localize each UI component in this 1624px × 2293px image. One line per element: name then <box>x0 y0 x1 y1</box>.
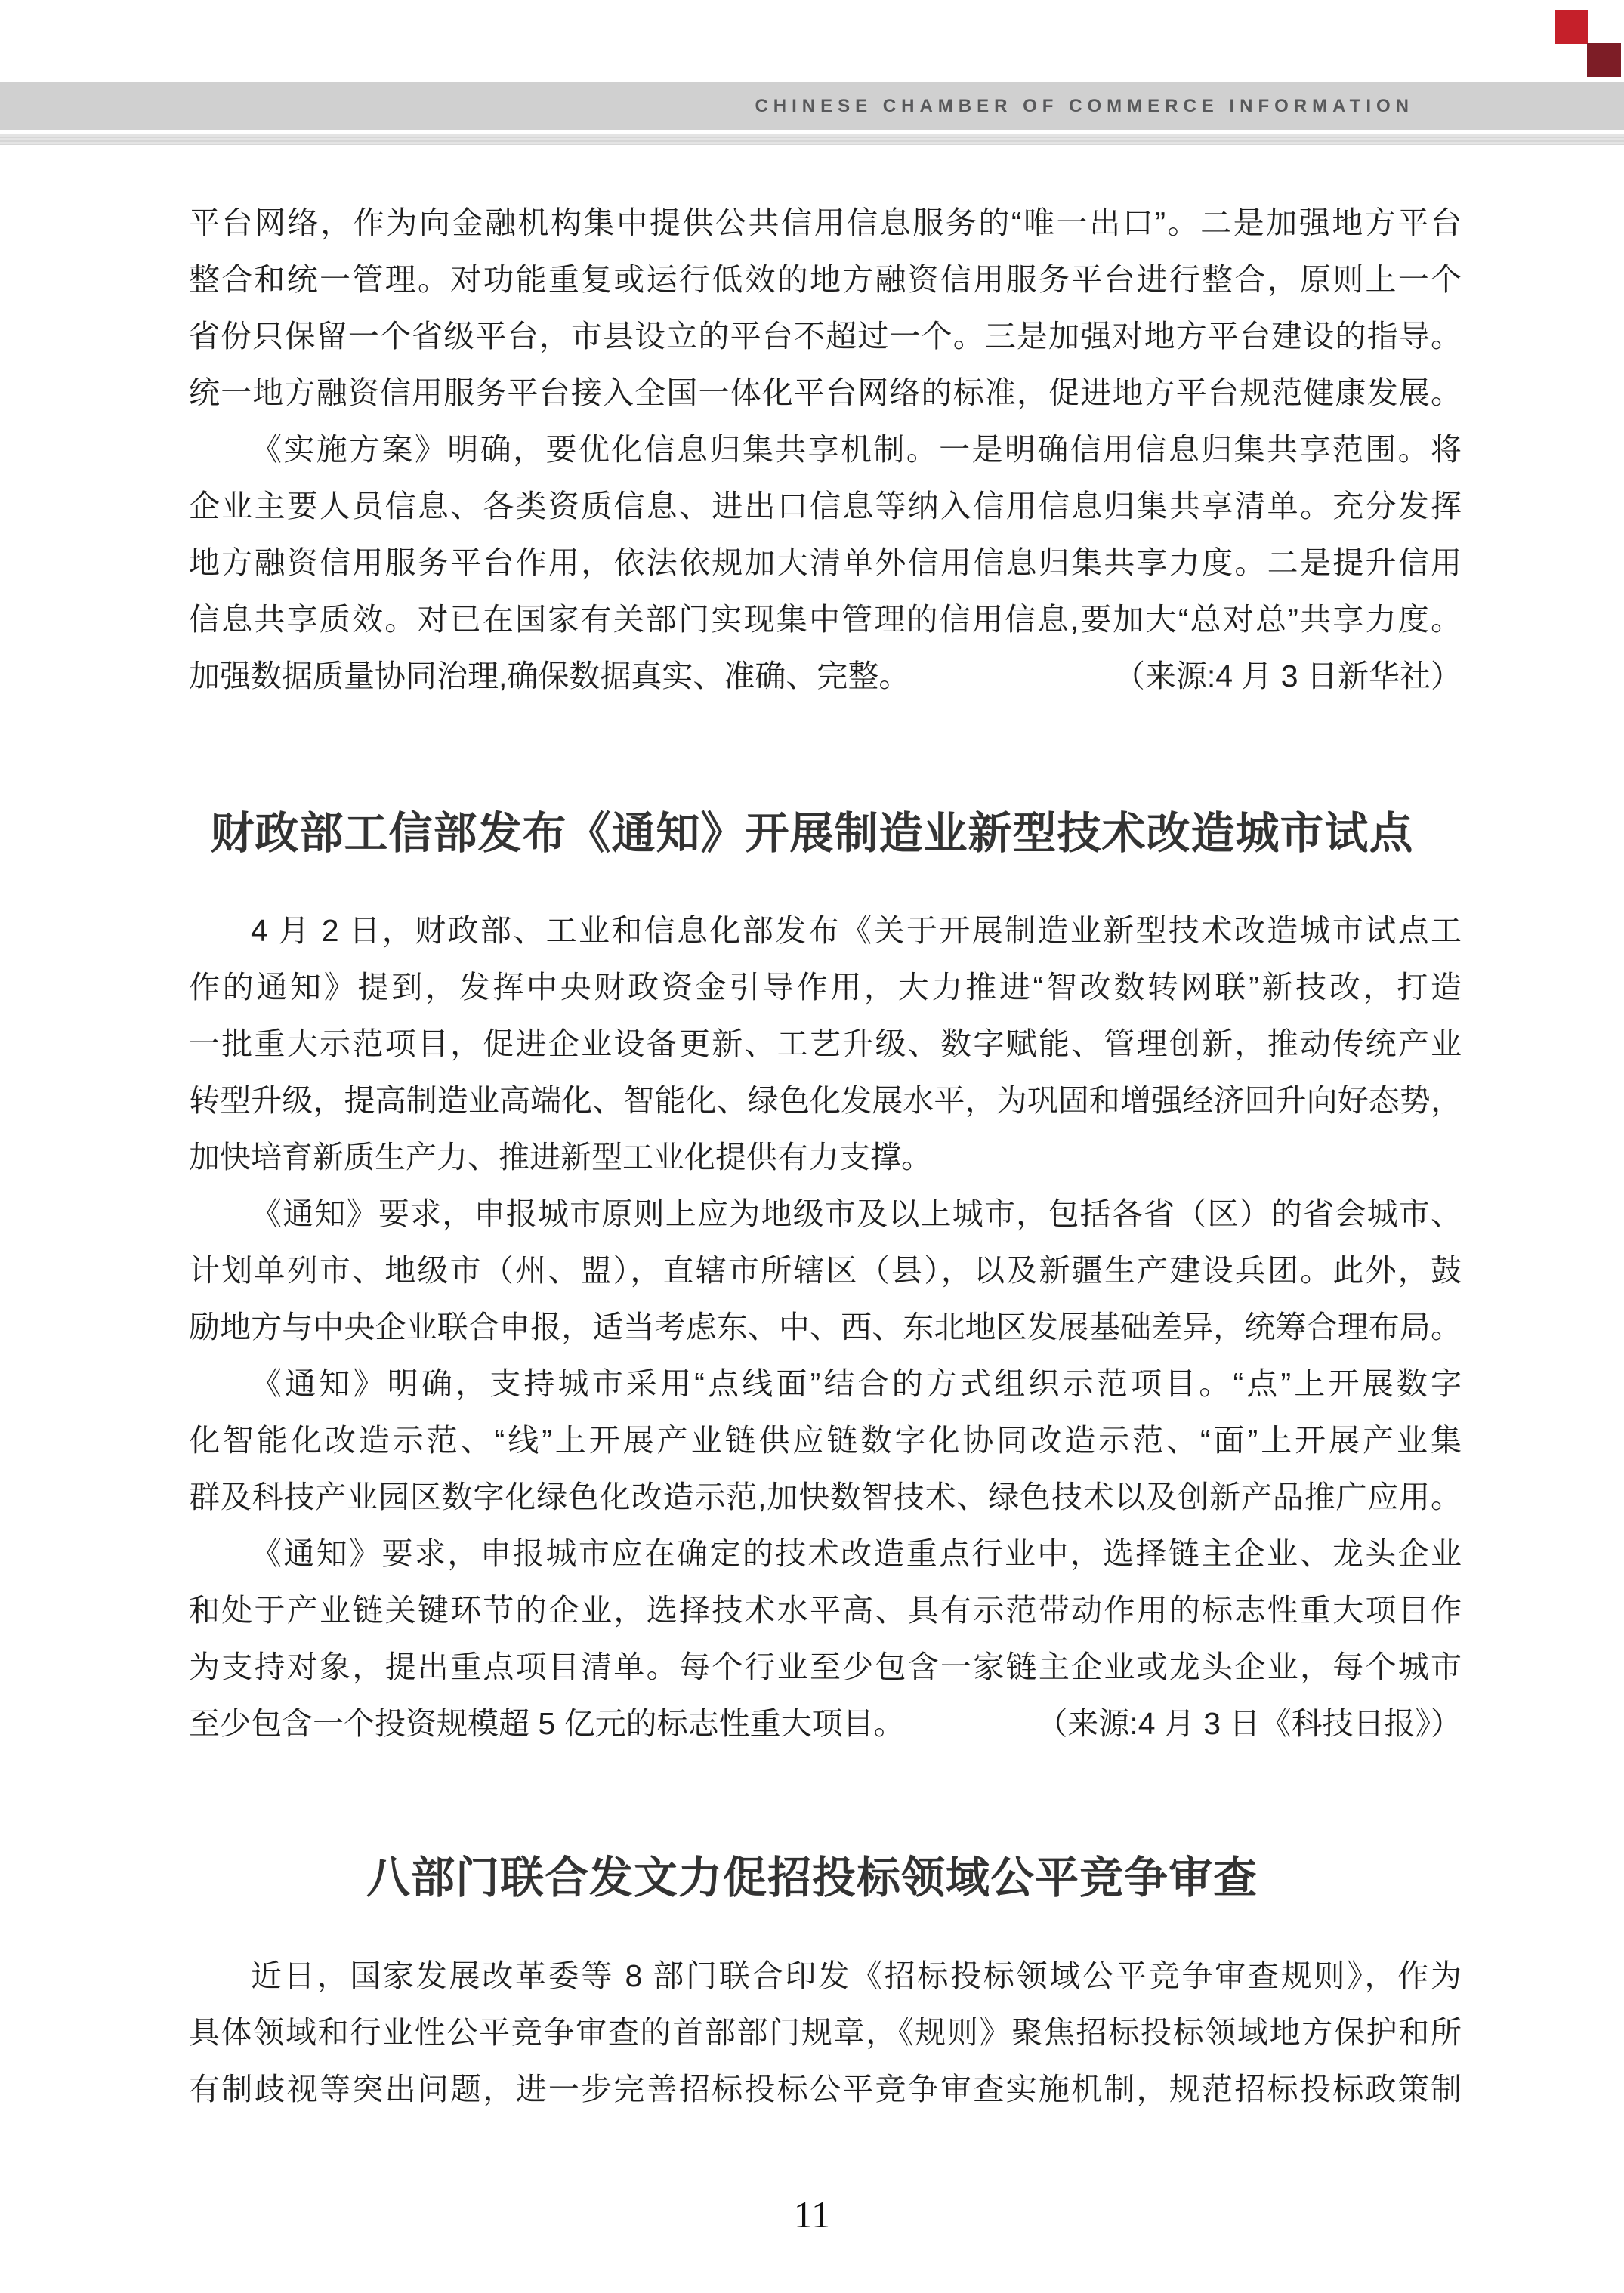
article-1-body: 平台网络，作为向金融机构集中提供公共信用信息服务的“唯一出口”。二是加强地方平台… <box>189 195 1462 705</box>
corner-square-red <box>1555 10 1588 44</box>
text-line: 4 月 2 日，财政部、工业和信息化部发布《关于开展制造业新型技术改造城市试点工 <box>189 903 1462 959</box>
text-line: 信息共享质效。对已在国家有关部门实现集中管理的信用信息,要加大“总对总”共享力度… <box>189 591 1462 648</box>
header-divider-band <box>0 134 1624 145</box>
text-line: 群及科技产业园区数字化绿色化改造示范,加快数智技术、绿色技术以及创新产品推广应用… <box>189 1469 1462 1526</box>
text-line: 有制歧视等突出问题，进一步完善招标投标公平竞争审查实施机制，规范招标投标政策制 <box>189 2061 1462 2118</box>
text-line: 统一地方融资信用服务平台接入全国一体化平台网络的标准，促进地方平台规范健康发展。 <box>189 365 1462 421</box>
text-line: 企业主要人员信息、各类资质信息、进出口信息等纳入信用信息归集共享清单。充分发挥 <box>189 478 1462 535</box>
text-line: 励地方与中央企业联合申报，适当考虑东、中、西、东北地区发展基础差异，统筹合理布局… <box>189 1299 1462 1356</box>
text-line: 《通知》明确，支持城市采用“点线面”结合的方式组织示范项目。“点”上开展数字 <box>189 1356 1462 1412</box>
text-line: 计划单列市、地级市（州、盟），直辖市所辖区（县），以及新疆生产建设兵团。此外，鼓 <box>189 1242 1462 1299</box>
text-line: 整合和统一管理。对功能重复或运行低效的地方融资信用服务平台进行整合，原则上一个 <box>189 252 1462 308</box>
text-line: 作的通知》提到，发挥中央财政资金引导作用，大力推进“智改数转网联”新技改，打造 <box>189 959 1462 1016</box>
document-page: CHINESE CHAMBER OF COMMERCE INFORMATION … <box>0 0 1624 2293</box>
header-title: CHINESE CHAMBER OF COMMERCE INFORMATION <box>0 82 1624 130</box>
article-3-title: 八部门联合发文力促招投标领域公平竞争审查 <box>0 1848 1624 1909</box>
page-number: 11 <box>0 2193 1624 2236</box>
text-line: 为支持对象，提出重点项目清单。每个行业至少包含一家链主企业或龙头企业，每个城市 <box>189 1639 1462 1696</box>
text-line: 《实施方案》明确，要优化信息归集共享机制。一是明确信用信息归集共享范围。将 <box>189 421 1462 478</box>
article-2-body: 4 月 2 日，财政部、工业和信息化部发布《关于开展制造业新型技术改造城市试点工… <box>189 903 1462 1752</box>
header-bar: CHINESE CHAMBER OF COMMERCE INFORMATION <box>0 82 1624 130</box>
text-line: 加快培育新质生产力、推进新型工业化提供有力支撑。 <box>189 1129 1462 1186</box>
source-note: （来源:4 月 3 日《科技日报》） <box>1036 1696 1462 1752</box>
text-line: 平台网络，作为向金融机构集中提供公共信用信息服务的“唯一出口”。二是加强地方平台 <box>189 195 1462 252</box>
source-note: （来源:4 月 3 日新华社） <box>1114 648 1462 705</box>
article-2-title: 财政部工信部发布《通知》开展制造业新型技术改造城市试点 <box>0 804 1624 864</box>
text-line: 近日，国家发展改革委等 8 部门联合印发《招标投标领域公平竞争审查规则》，作为 <box>189 1948 1462 2004</box>
text-line: 和处于产业链关键环节的企业，选择技术水平高、具有示范带动作用的标志性重大项目作 <box>189 1582 1462 1639</box>
text-line: 地方融资信用服务平台作用，依法依规加大清单外信用信息归集共享力度。二是提升信用 <box>189 535 1462 591</box>
text-line: 具体领域和行业性公平竞争审查的首部部门规章，《规则》聚焦招标投标领域地方保护和所 <box>189 2004 1462 2061</box>
text-line: 《通知》要求，申报城市原则上应为地级市及以上城市，包括各省（区）的省会城市、 <box>189 1186 1462 1242</box>
text-line: 省份只保留一个省级平台，市县设立的平台不超过一个。三是加强对地方平台建设的指导。 <box>189 308 1462 365</box>
article-3-body: 近日，国家发展改革委等 8 部门联合印发《招标投标领域公平竞争审查规则》，作为具… <box>189 1948 1462 2118</box>
text-line: 一批重大示范项目，促进企业设备更新、工艺升级、数字赋能、管理创新，推动传统产业 <box>189 1016 1462 1072</box>
text-line-content: 加强数据质量协同治理,确保数据真实、准确、完整。 <box>189 648 909 705</box>
text-line: 转型升级，提高制造业高端化、智能化、绿色化发展水平，为巩固和增强经济回升向好态势… <box>189 1072 1462 1129</box>
text-line-content: 至少包含一个投资规模超 5 亿元的标志性重大项目。 <box>189 1696 905 1752</box>
text-line: 至少包含一个投资规模超 5 亿元的标志性重大项目。（来源:4 月 3 日《科技日… <box>189 1696 1462 1752</box>
text-line: 化智能化改造示范、“线”上开展产业链供应链数字化协同改造示范、“面”上开展产业集 <box>189 1412 1462 1469</box>
text-line: 加强数据质量协同治理,确保数据真实、准确、完整。（来源:4 月 3 日新华社） <box>189 648 1462 705</box>
corner-square-dark-red <box>1587 43 1621 77</box>
text-line: 《通知》要求，申报城市应在确定的技术改造重点行业中，选择链主企业、龙头企业 <box>189 1526 1462 1582</box>
